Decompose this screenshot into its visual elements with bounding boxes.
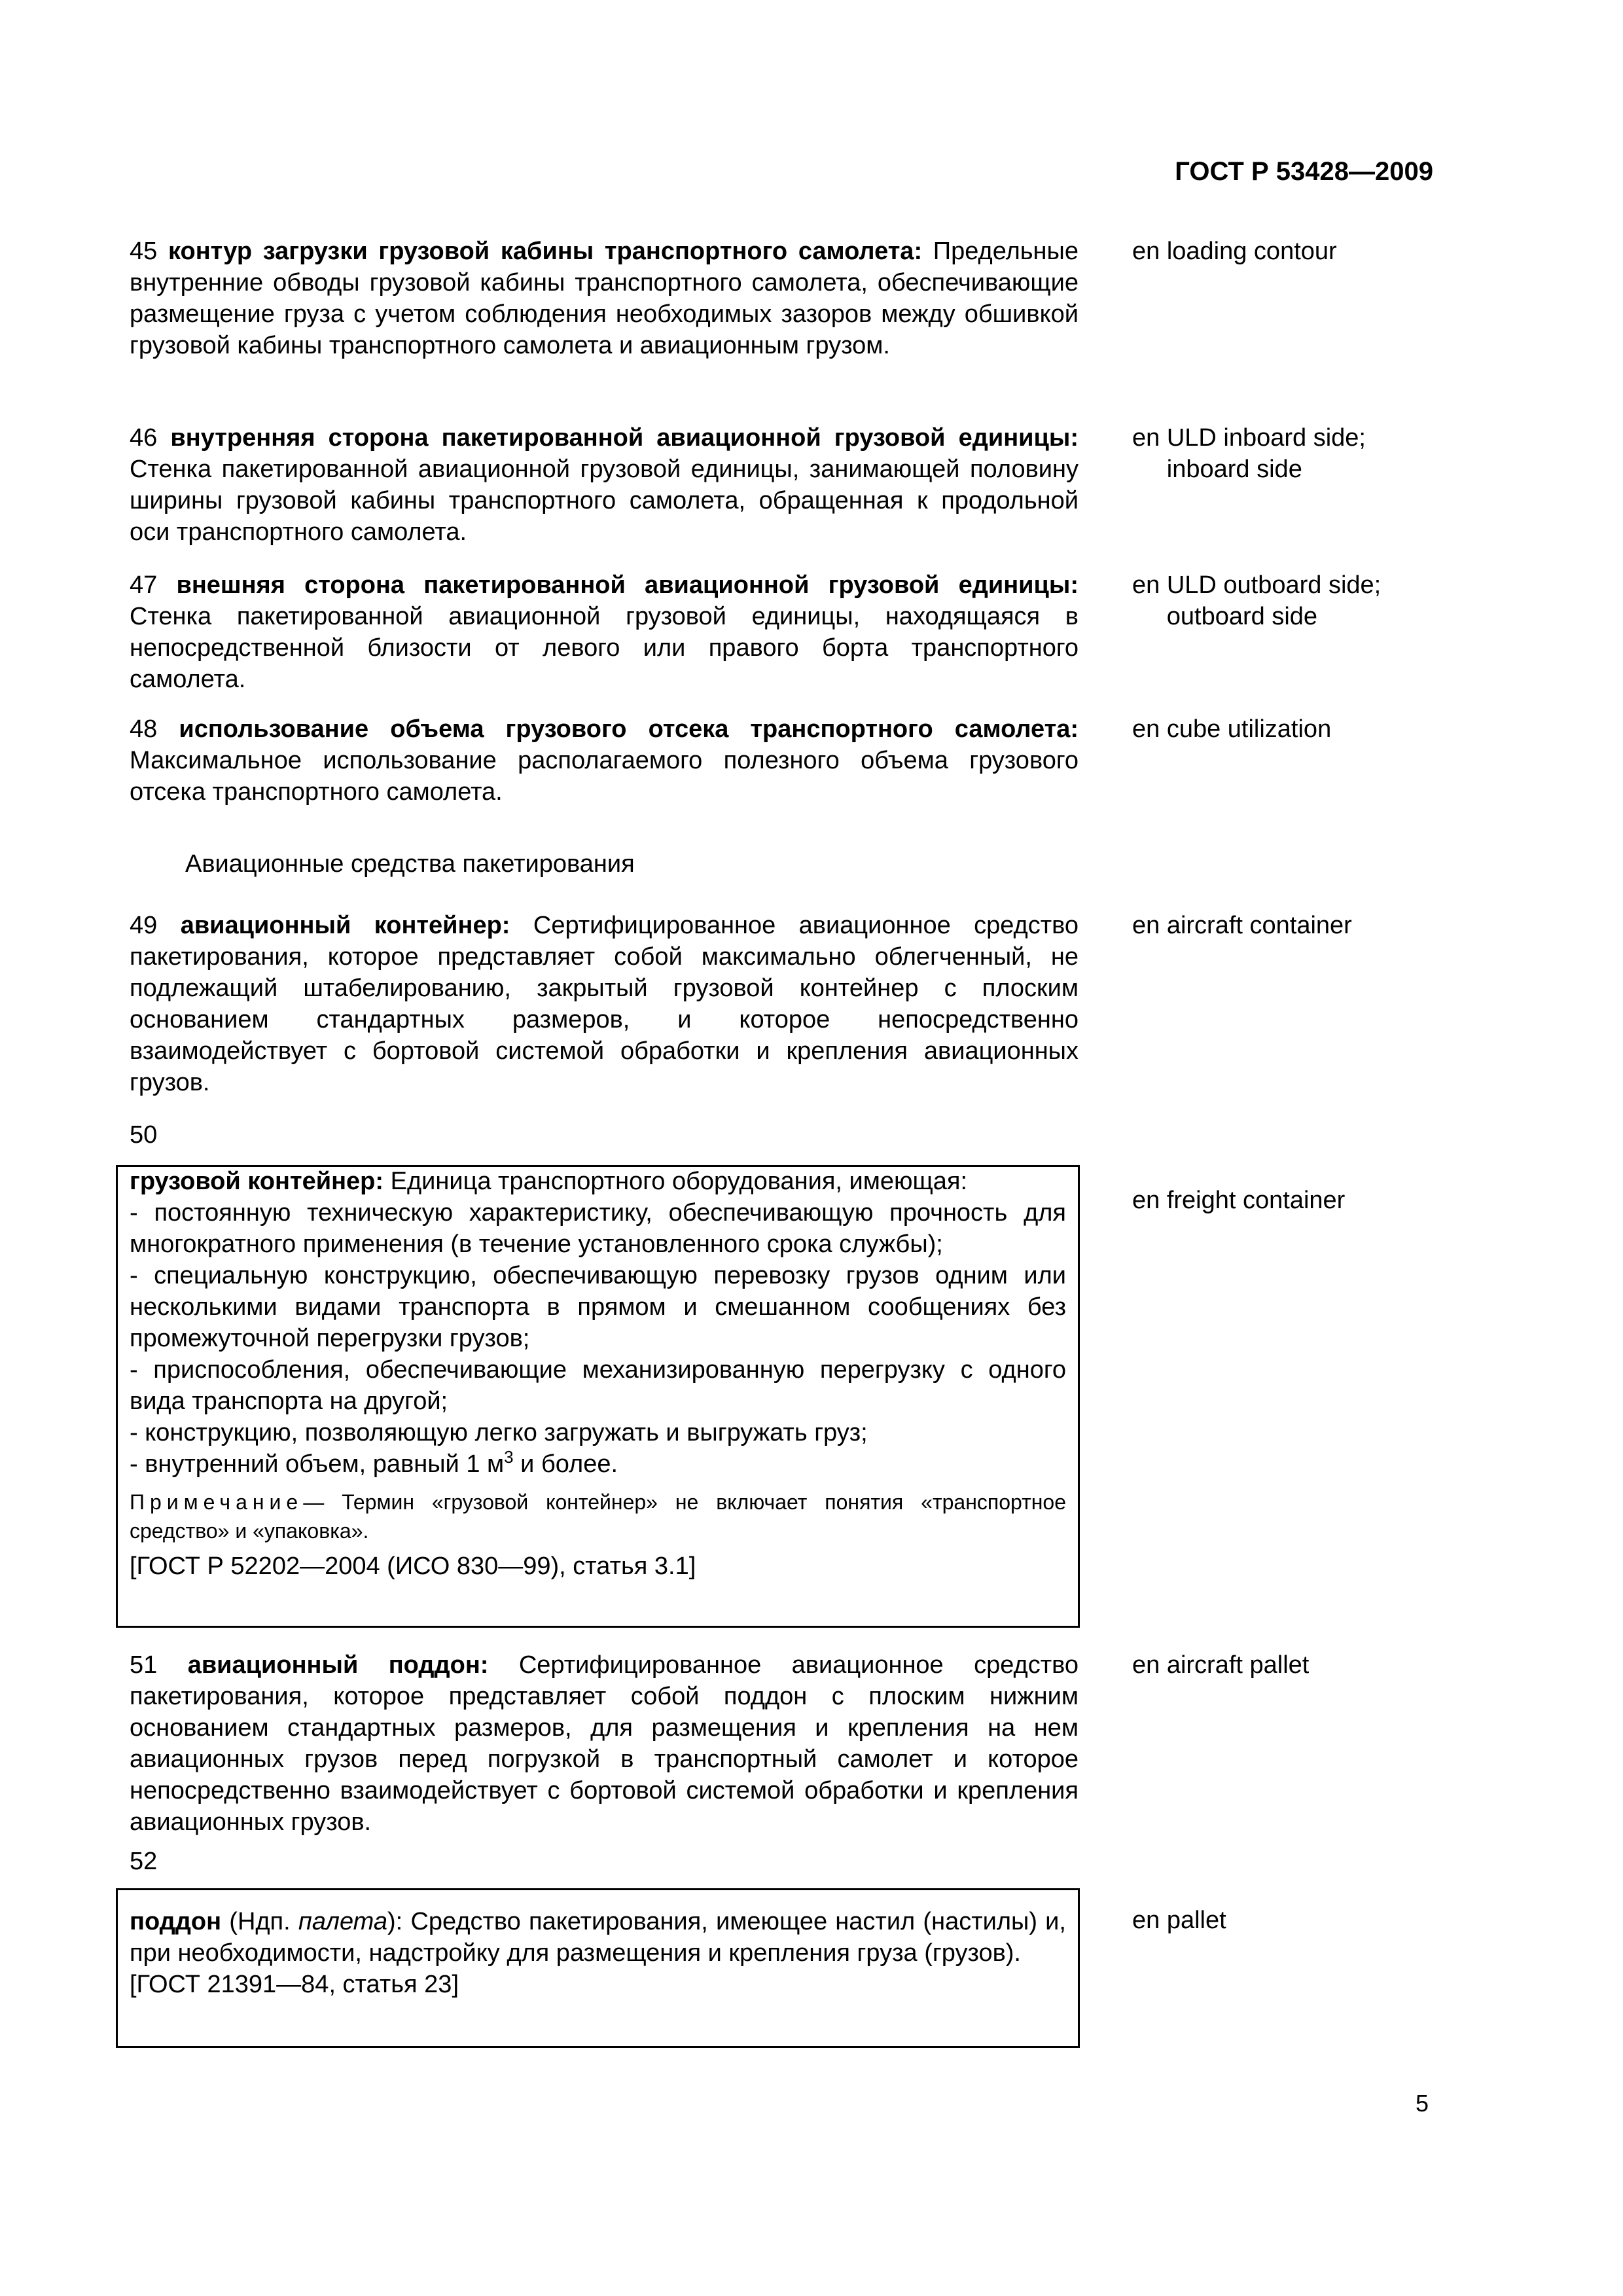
term-definition: Максимальное использование располагаемог… [130, 747, 1079, 806]
note-label: Примечание [130, 1490, 303, 1514]
term-entry-48: 48 использование объема грузового отсека… [130, 713, 1079, 808]
term-number-50: 50 [130, 1119, 157, 1151]
term-number-52: 52 [130, 1846, 157, 1877]
superscript: 3 [504, 1447, 513, 1467]
term-title: контур загрузки грузовой кабины транспор… [168, 238, 922, 265]
term-definition: Сертифицированное авиационное средство п… [130, 1651, 1079, 1836]
list-item: - конструкцию, позволяющую легко загружа… [130, 1417, 1066, 1448]
synonym-open: (Ндп. [221, 1908, 298, 1935]
term-box-50: грузовой контейнер: Единица транспортног… [116, 1165, 1080, 1628]
term-title: использование объема грузового отсека тр… [179, 715, 1079, 743]
term-number: 45 [130, 238, 157, 265]
list-item: - специальную конструкцию, обеспечивающу… [130, 1260, 1066, 1354]
term-definition: Стенка пакетированной авиационной грузов… [130, 603, 1079, 693]
term-definition: Единица транспортного оборудования, имею… [391, 1168, 967, 1195]
term-definition: Стенка пакетированной авиационной грузов… [130, 456, 1079, 546]
section-heading: Авиационные средства пакетирования [185, 848, 635, 880]
term-en-48: en cube utilization [1132, 713, 1499, 745]
term-number: 51 [130, 1651, 157, 1679]
term-en-52: en pallet [1132, 1905, 1499, 1936]
term-entry-49: 49 авиационный контейнер: Сертифицирован… [130, 910, 1079, 1098]
term-title: грузовой контейнер: [130, 1168, 383, 1195]
term-title: внешняя сторона пакетированной авиационн… [176, 571, 1079, 599]
list-item-text: и более. [514, 1450, 618, 1478]
synonym-close: ): [387, 1908, 410, 1935]
page-number: 5 [1416, 2088, 1429, 2119]
term-definition: Сертифицированное авиационное средство п… [130, 912, 1079, 1096]
term-en-45: en loading contour [1132, 236, 1499, 267]
note: Примечание— Термин «грузовой контейнер» … [130, 1488, 1066, 1545]
term-en-51: en aircraft pallet [1132, 1649, 1499, 1681]
term-en-49: en aircraft container [1132, 910, 1499, 941]
term-number: 49 [130, 912, 157, 939]
deprecated-synonym: палета [298, 1908, 387, 1935]
term-number: 48 [130, 715, 157, 743]
term-box-52: поддон (Ндп. палета): Средство пакетиров… [116, 1888, 1080, 2048]
term-number: 47 [130, 571, 157, 599]
term-entry-46: 46 внутренняя сторона пакетированной ави… [130, 422, 1079, 548]
term-en-46: en ULD inboard side; inboard side [1132, 422, 1499, 485]
term-entry-51: 51 авиационный поддон: Сертифицированное… [130, 1649, 1079, 1838]
term-title: внутренняя сторона пакетированной авиаци… [170, 424, 1079, 452]
term-entry-52: поддон (Ндп. палета): Средство пакетиров… [130, 1906, 1066, 2000]
term-en-50: en freight container [1132, 1185, 1499, 1216]
term-title: авиационный поддон: [188, 1651, 489, 1679]
list-item-text: - внутренний объем, равный 1 м [130, 1450, 504, 1478]
document-header: ГОСТ Р 53428—2009 [1175, 156, 1433, 187]
source-reference: [ГОСТ 21391—84, статья 23] [130, 1969, 1066, 2000]
term-en-47: en ULD outboard side; outboard side [1132, 569, 1499, 632]
term-title: авиационный контейнер: [181, 912, 510, 939]
term-entry-45: 45 контур загрузки грузовой кабины транс… [130, 236, 1079, 361]
list-item: - внутренний объем, равный 1 м3 и более. [130, 1448, 1066, 1480]
term-number: 46 [130, 424, 157, 452]
term-title: поддон [130, 1908, 221, 1935]
term-entry-47: 47 внешняя сторона пакетированной авиаци… [130, 569, 1079, 695]
term-entry-50: грузовой контейнер: Единица транспортног… [130, 1166, 1066, 1582]
list-item: - приспособления, обеспечивающие механиз… [130, 1354, 1066, 1417]
list-item: - постоянную техническую характеристику,… [130, 1197, 1066, 1260]
source-reference: [ГОСТ Р 52202—2004 (ИСО 830—99), статья … [130, 1551, 1066, 1582]
